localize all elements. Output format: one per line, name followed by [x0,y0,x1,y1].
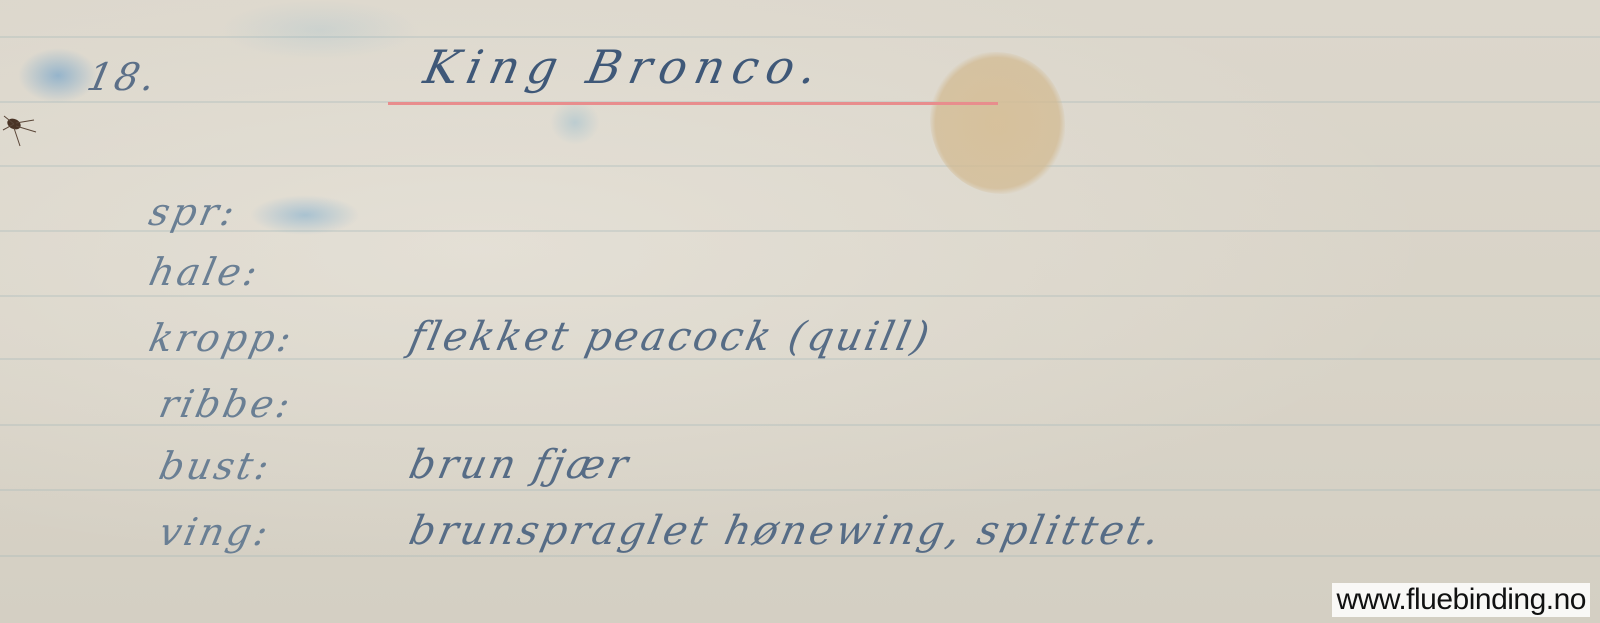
page-title: King Bronco. [419,40,830,94]
ruled-line [0,230,1600,232]
ink-blot [250,195,360,235]
ruled-line [0,489,1600,491]
field-value-ving: brunspraglet hønewing, splittet. [405,508,1166,554]
ruled-line [0,295,1600,297]
field-label-kropp: kropp: [145,316,298,360]
ink-blot [220,0,420,60]
insect-icon [0,108,40,148]
field-label-ribbe: ribbe: [155,382,297,426]
entry-number: 18. [83,55,162,99]
field-label-spr: spr: [145,190,241,234]
ruled-line [0,165,1600,167]
field-label-ving: ving: [155,510,275,554]
field-value-bust: brun fjær [405,442,635,488]
watermark-link[interactable]: www.fluebinding.no [1332,583,1590,617]
notebook-page: 18. King Bronco. spr: hale: kropp: ribbe… [0,0,1600,623]
field-label-bust: bust: [155,444,276,488]
field-label-hale: hale: [145,250,264,294]
field-value-kropp: flekket peacock (quill) [405,314,936,360]
tea-stain [930,52,1065,194]
ink-blot [550,100,600,145]
title-underline [388,102,998,105]
ruled-line [0,555,1600,557]
